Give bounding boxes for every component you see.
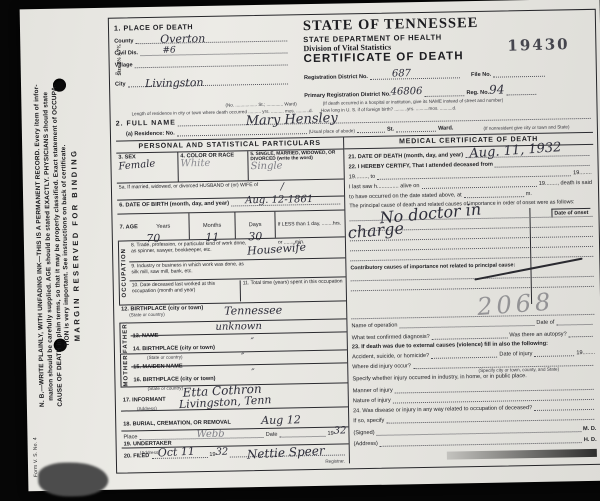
months-label: Months: [203, 223, 221, 229]
operation-row: Name of operation Date of: [351, 318, 594, 329]
county-label: County: [114, 38, 133, 44]
mother-block: MOTHER 15. MAIDEN NAME ″ 16. BIRTHPLACE …: [120, 350, 348, 387]
marital-handwriting: Single: [250, 160, 341, 172]
scan-background: Form V. S. No. 4 N. B.—WRITE PLAINLY, WI…: [0, 0, 600, 501]
reg-no-handwriting: 94: [489, 83, 504, 95]
reg-no-label: Reg. No.: [466, 90, 489, 96]
informant-label: 17. INFORMANT: [123, 396, 166, 403]
father-birthplace-label: 14. BIRTHPLACE (city or town): [133, 345, 215, 353]
last-saw-line: [421, 180, 536, 189]
manner-label: Manner of injury: [353, 388, 393, 395]
residence-st-line: [357, 126, 385, 134]
place-of-death-block: 1. PLACE OF DEATH County Overton Civil D…: [114, 18, 290, 102]
test-line: [432, 331, 508, 339]
if-so-label: If so, specify: [353, 418, 384, 425]
mother-maiden-handwriting: ″: [241, 353, 245, 362]
form-header: 1. PLACE OF DEATH County Overton Civil D…: [114, 13, 592, 103]
primary-reg-line: [424, 89, 464, 97]
test-label: What test confirmed diagnosis?: [352, 334, 430, 341]
accident-label: Accident, suicide, or homicide?: [352, 353, 429, 360]
nineteen-a-label: 19........, to: [349, 174, 376, 180]
if-so-line: [386, 413, 594, 424]
address-row: (Address) H. D.: [354, 436, 597, 447]
trade-handwriting: Housewife: [247, 242, 307, 257]
abode-note: (Usual place of abode): [309, 128, 355, 134]
county-line: [135, 34, 287, 44]
last-worked-label: 10. Date deceased last worked at this oc…: [132, 280, 240, 303]
related-line: [534, 403, 594, 411]
primary-reg-label: Primary Registration District No.: [304, 92, 391, 100]
dob-label: 6. DATE OF BIRTH (month, day, and year): [119, 201, 229, 209]
age-row: 7. AGE Years 70 Months 11 Days 30: [117, 210, 344, 241]
sex-color-marital-row: 3. SEX Female 4. COLOR OR RACE White 5. …: [116, 149, 344, 183]
date-of-onset-label: Date of onset: [551, 208, 590, 218]
certificate-form: 1. PLACE OF DEATH County Overton Civil D…: [108, 9, 600, 474]
reg-no-line: [506, 88, 536, 96]
file-no-label: File No.: [471, 72, 491, 78]
city-handwriting: Livingston: [145, 77, 204, 89]
registrar-handwriting: Nettie Speer: [247, 444, 325, 460]
signed-label: (Signed): [353, 430, 374, 436]
burial-label: 18. BURIAL, CREMATION, OR REMOVAL: [123, 419, 231, 427]
birthplace-handwriting: Tennessee: [224, 305, 282, 317]
reg-district-line: [370, 71, 460, 80]
accident-line: [431, 351, 497, 359]
faint-number-handwriting: 2068: [476, 290, 555, 319]
civil-dis-handwriting: #6: [162, 47, 175, 56]
father-block: FATHER 13. NAME unknown 14. BIRTHPLACE (…: [119, 319, 347, 354]
operation-area: 2068 Name of operation Date of: [351, 305, 594, 331]
sex-handwriting: Female: [118, 158, 176, 173]
injury-date-line: [534, 349, 574, 357]
trade-label: 8. Trade, profession, or particular kind…: [131, 240, 251, 254]
certify-line: [495, 159, 590, 168]
mother-birthplace-label: 16. BIRTHPLACE (city or town): [133, 375, 215, 383]
years-label: Years: [156, 224, 170, 230]
last-saw-label: I last saw h.............. alive on: [349, 183, 420, 190]
filed-year-handwriting: 32: [215, 447, 228, 457]
filed-date-handwriting: Oct 11: [157, 445, 195, 458]
signed-line: [377, 425, 582, 436]
signed-row: (Signed) M. D.: [353, 425, 596, 436]
certify-to-line: [377, 169, 571, 180]
filed-row: 20. FILED 19 32 Oct 11 Nettie Speer Regi…: [122, 444, 349, 467]
certificate-number-stamp: 19430: [507, 35, 570, 55]
total-time-label: 11. Total time (years) spent in this occ…: [240, 278, 344, 301]
address-label: (Address): [354, 441, 378, 447]
industry-label: 9. Industry or business in which work wa…: [131, 261, 251, 275]
mother-birthplace-handwriting: ″: [251, 369, 255, 378]
last-worked-row: 10. Date deceased last worked at this oc…: [130, 277, 346, 304]
village-line: [135, 58, 288, 68]
place-of-death-title: 1. PLACE OF DEATH: [114, 20, 289, 32]
file-no-line: [493, 70, 545, 78]
related-label: 24. Was disease or injury in any way rel…: [353, 405, 532, 414]
undertaker-handwriting: Webb: [196, 429, 224, 440]
spouse-label: 5a. If married, widowed, or divorced HUS…: [119, 182, 269, 191]
how-long-us-note: How long in U. S. if of foreign birth? .…: [321, 105, 457, 112]
or-label: or: [115, 71, 119, 76]
autopsy-label: Was there an autopsy?: [509, 331, 566, 338]
father-birthplace-handwriting: ″: [251, 338, 255, 347]
filed-label: 20. FILED: [124, 453, 150, 459]
residence-label: (a) Residence: No.: [126, 131, 175, 138]
mother-birthplace-row: 16. BIRTHPLACE (city or town) (State or …: [131, 363, 347, 383]
hd-label: H. D.: [584, 437, 597, 443]
reg-district-label: Registration District No.: [304, 74, 368, 81]
dob-handwriting: Aug. 12-1861: [245, 195, 313, 206]
full-name-handwriting: Mary Hensley: [246, 112, 338, 128]
residence-ward-line: [396, 125, 436, 133]
occurred-label: to have occurred on the date stated abov…: [349, 192, 462, 200]
county-handwriting: Overton: [160, 33, 205, 45]
full-name-label: 2. FULL NAME: [116, 120, 176, 128]
nature-line: [393, 393, 594, 404]
father-side-label: FATHER: [119, 323, 131, 353]
injury-date-label: Date of injury: [499, 351, 532, 358]
no-st-ward-note: (No. ................. St.; ............…: [225, 101, 296, 107]
certificate-paper: Form V. S. No. 4 N. B.—WRITE PLAINLY, WI…: [20, 0, 600, 491]
days-label: Days: [249, 222, 262, 228]
spouse-handwriting: /: [280, 183, 284, 193]
certify-label: 22. I HEREBY CERTIFY, That I attended de…: [349, 162, 494, 171]
nineteen-b-label: 19........: [573, 170, 592, 176]
date-of-label: Date of: [536, 320, 554, 326]
operation-label: Name of operation: [351, 322, 397, 329]
manner-line: [395, 383, 594, 394]
occupation-block: OCCUPATION 8. Trade, profession, or part…: [118, 237, 346, 305]
address-line: [380, 436, 582, 447]
registrar-label: Registrar.: [325, 458, 345, 463]
dod-label: 21. DATE OF DEATH (month, day, and year): [348, 152, 463, 160]
autopsy-line: [569, 330, 593, 337]
city-label: City: [115, 81, 126, 87]
injury-year-label: 19........: [576, 350, 595, 356]
mother-side-label: MOTHER: [120, 354, 132, 386]
medical-certificate-column: MEDICAL CERTIFICATE OF DEATH 21. DATE OF…: [344, 133, 599, 463]
death-said-label: 19........, death is said: [539, 180, 592, 187]
civil-dis-label: Civil Dis.: [114, 50, 138, 56]
nonresident-note: (If nonresident give city or town and St…: [483, 124, 569, 131]
ward-label: Ward.: [438, 125, 453, 131]
residence-no-line: [177, 127, 307, 136]
burial-date-handwriting: Aug 12: [261, 414, 301, 426]
age-label: 7. AGE: [120, 224, 138, 230]
m-label: m.: [526, 191, 532, 197]
reg-district-handwriting: 687: [392, 69, 411, 79]
operation-line: [399, 319, 534, 328]
color-race-handwriting: White: [180, 158, 245, 169]
st-label: St.: [387, 127, 394, 133]
nature-label: Nature of injury: [353, 398, 391, 405]
md-label: M. D.: [583, 426, 596, 432]
father-birthplace-row: 14. BIRTHPLACE (city or town) (State or …: [131, 332, 347, 352]
primary-reg-handwriting: 46806: [391, 87, 423, 98]
cause-of-death-area: Date of onset No doctor in charge Contri…: [349, 207, 594, 307]
state-header-block: STATE OF TENNESSEE STATE DEPARTMENT OF H…: [289, 13, 592, 100]
scan-smudge: [447, 448, 597, 459]
external-label: 23. If death was due to external causes …: [352, 341, 548, 351]
father-name-handwriting: unknown: [215, 322, 262, 333]
operation-date-line: [556, 318, 592, 326]
occurred-line: [464, 190, 524, 198]
operation-rule: [351, 305, 594, 319]
binding-margin: Form V. S. No. 4 N. B.—WRITE PLAINLY, WI…: [26, 14, 114, 477]
if-so-row: If so, specify: [353, 413, 596, 424]
village-label: Village: [115, 62, 133, 68]
personal-particulars-column: PERSONAL AND STATISTICAL PARTICULARS 3. …: [116, 137, 350, 467]
